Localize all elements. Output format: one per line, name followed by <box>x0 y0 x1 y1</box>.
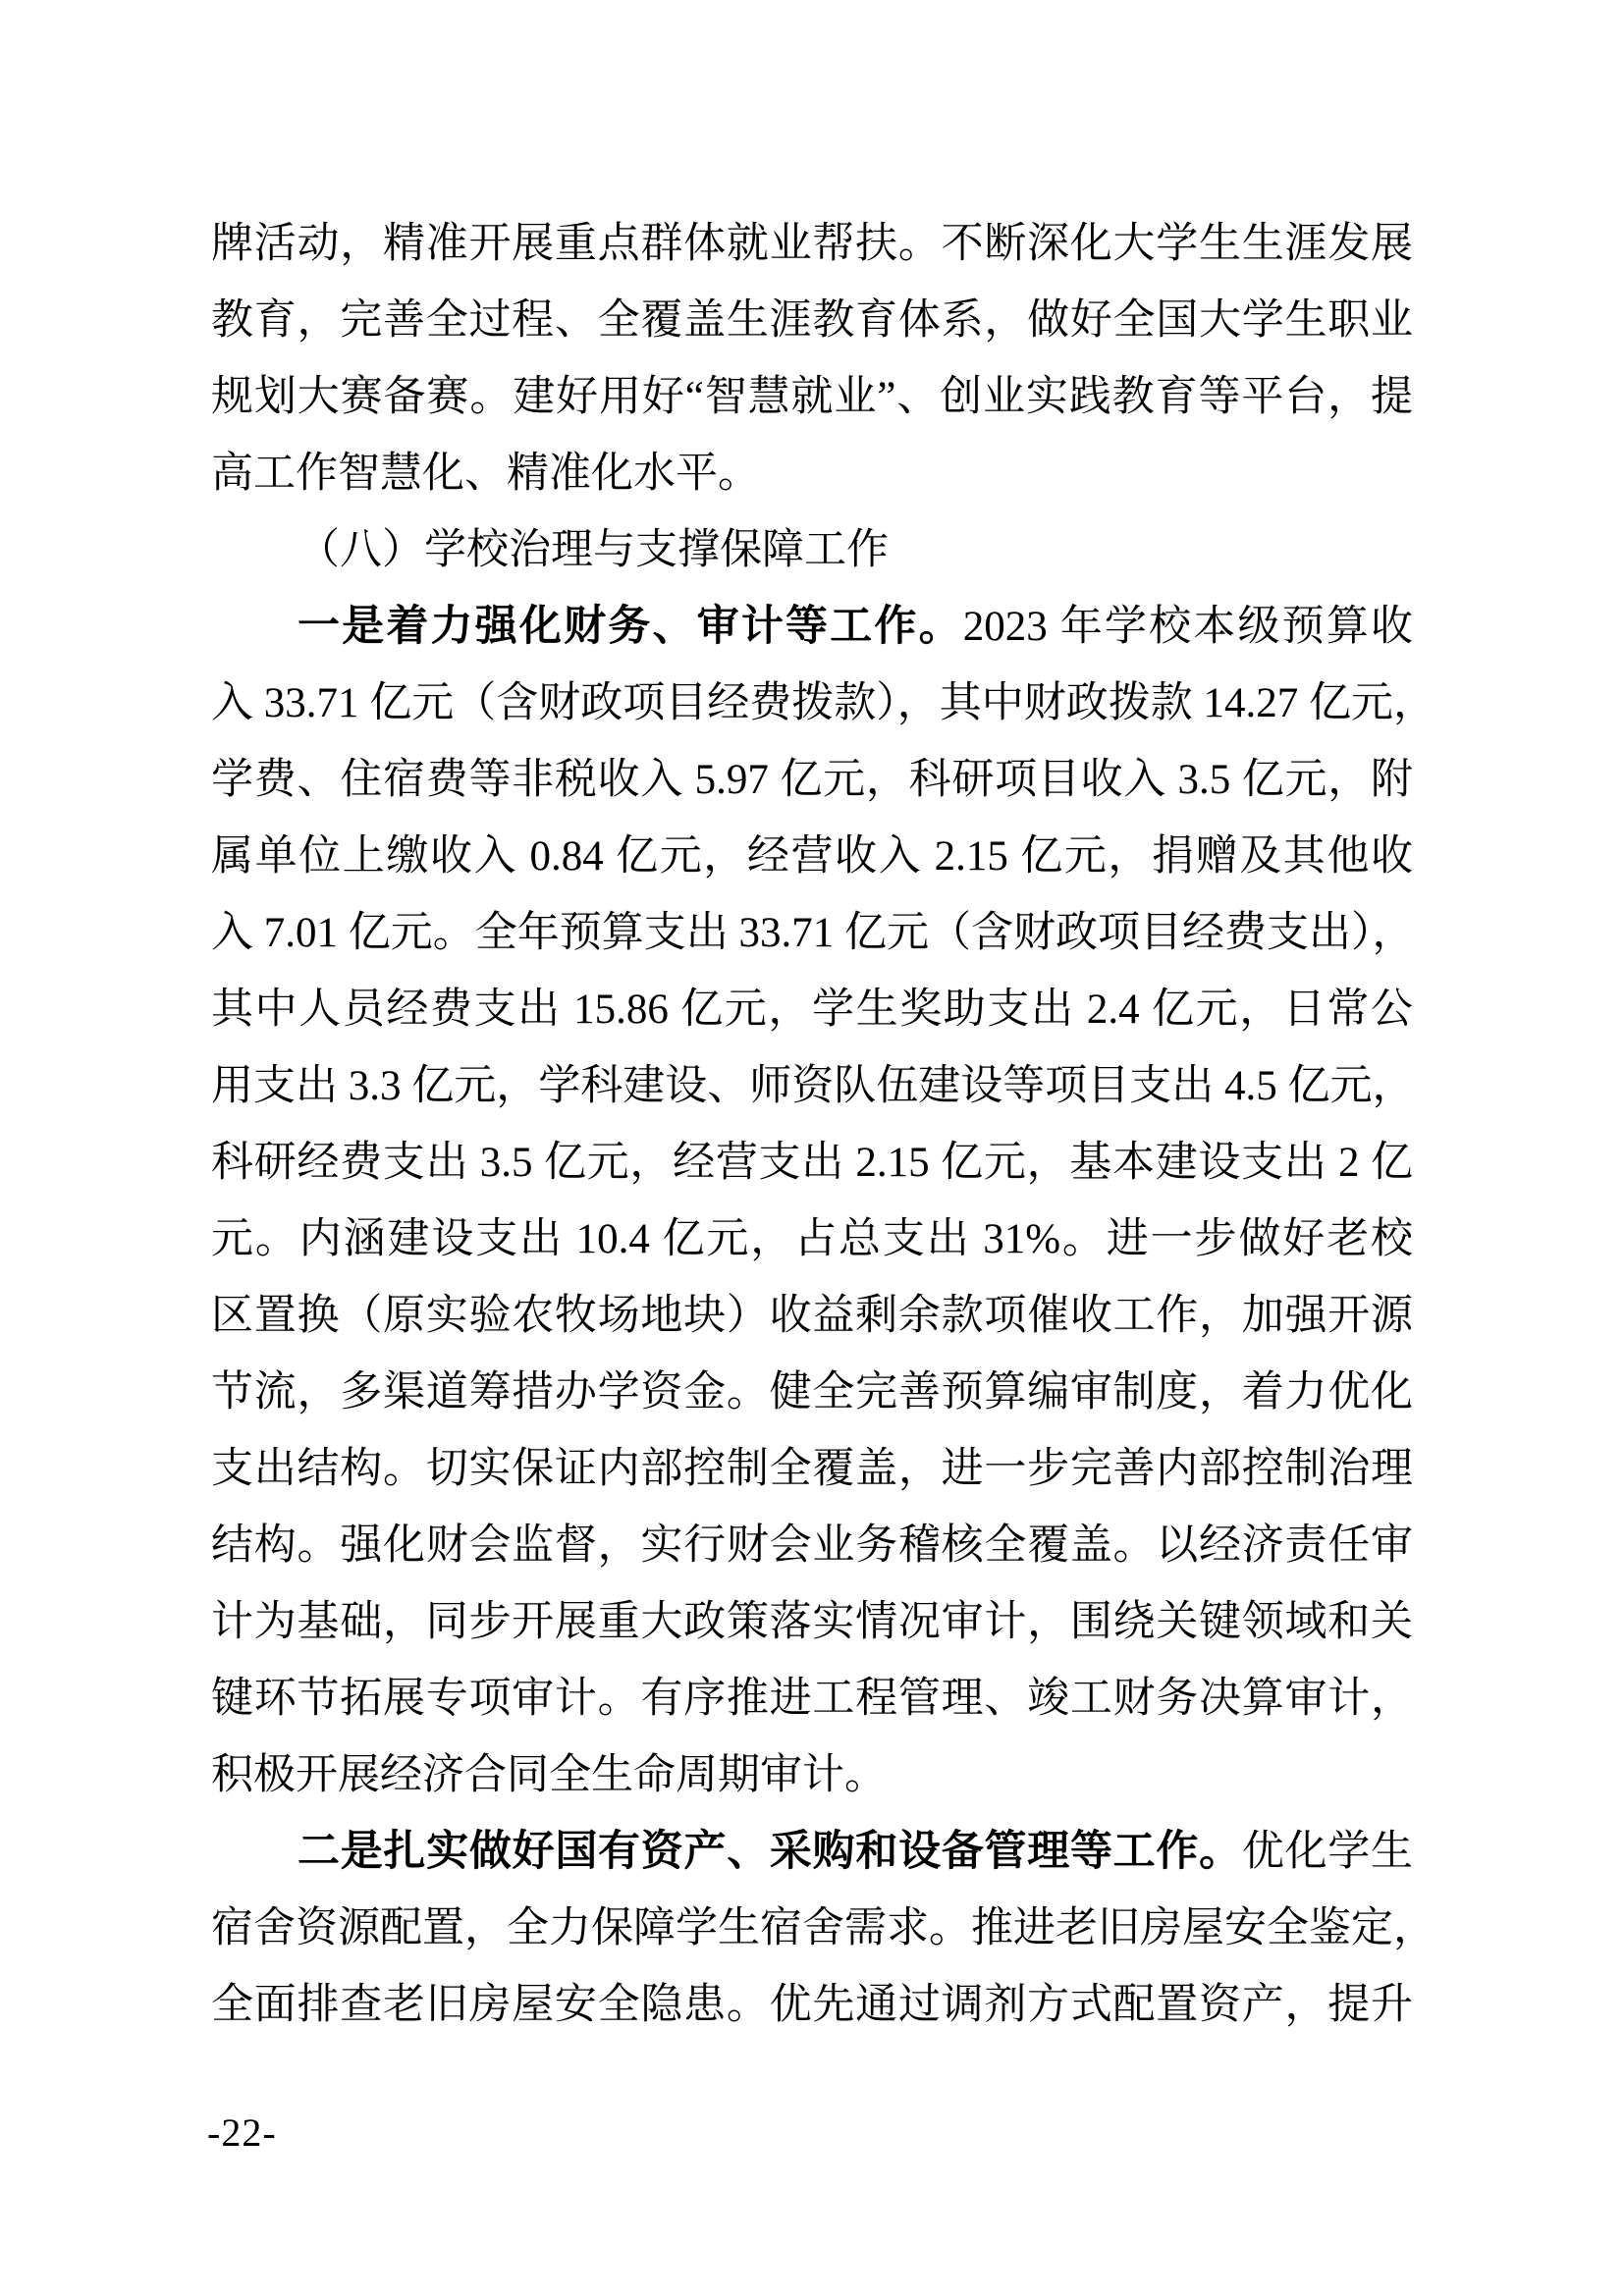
line-text: 积极开展经济合同全生命周期审计。 <box>211 1752 887 1798</box>
line-text: 计为基础，同步开展重大政策落实情况审计，围绕关键领域和关 <box>211 1599 1413 1645</box>
line-text: 学费、住宿费等非税收入 5.97 亿元，科研项目收入 3.5 亿元，附 <box>211 757 1413 803</box>
line-text: 键环节拓展专项审计。有序推进工程管理、竣工财务决算审计， <box>211 1676 1413 1722</box>
line-text: 宿舍资源配置，全力保障学生宿舍需求。推进老旧房屋安全鉴定， <box>211 1905 1435 1951</box>
text-line: 用支出 3.3 亿元，学科建设、师资队伍建设等项目支出 4.5 亿元， <box>211 1048 1413 1125</box>
text-line: 入 33.71 亿元（含财政项目经费拨款），其中财政拨款 14.27 亿元， <box>211 666 1413 742</box>
text-line: 计为基础，同步开展重大政策落实情况审计，围绕关键领域和关 <box>211 1584 1413 1661</box>
text-line: 属单位上缴收入 0.84 亿元，经营收入 2.15 亿元，捐赠及其他收 <box>211 819 1413 895</box>
text-line: 一是着力强化财务、审计等工作。2023 年学校本级预算收 <box>211 589 1413 666</box>
line-text: 科研经费支出 3.5 亿元，经营支出 2.15 亿元，基本建设支出 2 亿 <box>211 1140 1413 1186</box>
text-block: 牌活动，精准开展重点群体就业帮扶。不断深化大学生生涯发展 教育，完善全过程、全覆… <box>211 206 1413 2044</box>
line-text: 牌活动，精准开展重点群体就业帮扶。不断深化大学生生涯发展 <box>211 221 1413 267</box>
line-text: 全面排查老旧房屋安全隐患。优先通过调剂方式配置资产，提升 <box>211 1982 1413 2028</box>
text-line: 其中人员经费支出 15.86 亿元，学生奖助支出 2.4 亿元，日常公 <box>211 972 1413 1048</box>
text-line: 学费、住宿费等非税收入 5.97 亿元，科研项目收入 3.5 亿元，附 <box>211 742 1413 819</box>
bold-lead-in: 二是扎实做好国有资产、采购和设备管理等工作。 <box>298 1829 1242 1875</box>
bold-lead-in: 一是着力强化财务、审计等工作。 <box>298 604 963 650</box>
line-text: 高工作智慧化、精准化水平。 <box>211 451 760 497</box>
line-text: 入 33.71 亿元（含财政项目经费拨款），其中财政拨款 14.27 亿元， <box>211 680 1435 726</box>
line-text: 规划大赛备赛。建好用好“智慧就业”、创业实践教育等平台，提 <box>211 374 1413 420</box>
text-line: 入 7.01 亿元。全年预算支出 33.71 亿元（含财政项目经费支出）， <box>211 895 1413 972</box>
line-text: 入 7.01 亿元。全年预算支出 33.71 亿元（含财政项目经费支出）， <box>211 910 1415 956</box>
text-line: 高工作智慧化、精准化水平。 <box>211 436 1413 512</box>
page-number: -22- <box>207 2113 277 2153</box>
text-line: 科研经费支出 3.5 亿元，经营支出 2.15 亿元，基本建设支出 2 亿 <box>211 1125 1413 1201</box>
text-line: 二是扎实做好国有资产、采购和设备管理等工作。优化学生 <box>211 1814 1413 1891</box>
text-line: 全面排查老旧房屋安全隐患。优先通过调剂方式配置资产，提升 <box>211 1967 1413 2044</box>
heading-text: （八）学校治理与支撑保障工作 <box>298 527 889 573</box>
line-text: 结构。强化财会监督，实行财会业务稽核全覆盖。以经济责任审 <box>211 1522 1413 1569</box>
section-heading: （八）学校治理与支撑保障工作 <box>211 512 1413 589</box>
text-line: 宿舍资源配置，全力保障学生宿舍需求。推进老旧房屋安全鉴定， <box>211 1891 1413 1967</box>
text-line: 区置换（原实验农牧场地块）收益剩余款项催收工作，加强开源 <box>211 1278 1413 1355</box>
line-text: 用支出 3.3 亿元，学科建设、师资队伍建设等项目支出 4.5 亿元， <box>211 1063 1415 1109</box>
line-text: 支出结构。切实保证内部控制全覆盖，进一步完善内部控制治理 <box>211 1446 1413 1492</box>
text-line: 积极开展经济合同全生命周期审计。 <box>211 1737 1413 1814</box>
text-line: 节流，多渠道筹措办学资金。健全完善预算编审制度，着力优化 <box>211 1355 1413 1431</box>
text-line: 支出结构。切实保证内部控制全覆盖，进一步完善内部控制治理 <box>211 1431 1413 1508</box>
line-text: 区置换（原实验农牧场地块）收益剩余款项催收工作，加强开源 <box>211 1293 1413 1339</box>
text-line: 教育，完善全过程、全覆盖生涯教育体系，做好全国大学生职业 <box>211 283 1413 359</box>
line-text: 教育，完善全过程、全覆盖生涯教育体系，做好全国大学生职业 <box>211 297 1413 344</box>
line-text: 元。内涵建设支出 10.4 亿元，占总支出 31%。进一步做好老校 <box>211 1216 1413 1262</box>
text-line: 规划大赛备赛。建好用好“智慧就业”、创业实践教育等平台，提 <box>211 359 1413 436</box>
line-text: 2023 年学校本级预算收 <box>963 604 1413 650</box>
line-text: 优化学生 <box>1242 1829 1413 1875</box>
document-page: 牌活动，精准开展重点群体就业帮扶。不断深化大学生生涯发展 教育，完善全过程、全覆… <box>0 0 1624 2296</box>
line-text: 属单位上缴收入 0.84 亿元，经营收入 2.15 亿元，捐赠及其他收 <box>211 833 1413 880</box>
text-line: 元。内涵建设支出 10.4 亿元，占总支出 31%。进一步做好老校 <box>211 1201 1413 1278</box>
text-line: 牌活动，精准开展重点群体就业帮扶。不断深化大学生生涯发展 <box>211 206 1413 283</box>
line-text: 节流，多渠道筹措办学资金。健全完善预算编审制度，着力优化 <box>211 1369 1413 1415</box>
text-line: 结构。强化财会监督，实行财会业务稽核全覆盖。以经济责任审 <box>211 1508 1413 1584</box>
text-line: 键环节拓展专项审计。有序推进工程管理、竣工财务决算审计， <box>211 1661 1413 1737</box>
line-text: 其中人员经费支出 15.86 亿元，学生奖助支出 2.4 亿元，日常公 <box>211 987 1413 1033</box>
